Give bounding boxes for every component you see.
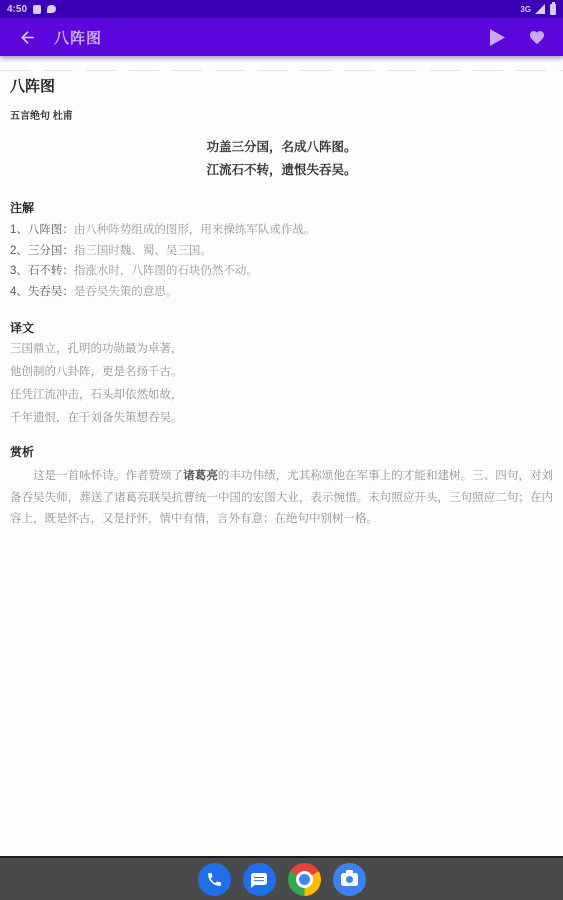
note-item: 4、失吞吴：是吞吴失策的意思。 bbox=[10, 282, 553, 303]
analysis-paragraph: 这是一首咏怀诗。作者赞颂了诸葛亮的丰功伟绩，尤其称颂他在军事上的才能和建树。三、… bbox=[10, 466, 553, 531]
note-term: 3、石不转： bbox=[10, 265, 74, 277]
android-screen: 4:50 3G 八阵图 八阵图 五言绝句 杜甫 功盖三分 bbox=[0, 0, 563, 900]
chat-bubble-icon bbox=[47, 5, 56, 13]
translation-list: 三国鼎立，孔明的功勋最为卓著， 他创制的八卦阵，更是名扬千古。 任凭江流冲击，石… bbox=[10, 338, 553, 430]
app-bar: 八阵图 bbox=[0, 18, 563, 56]
notes-heading: 注解 bbox=[10, 200, 553, 216]
note-term: 1、八阵图： bbox=[10, 224, 74, 236]
note-item: 2、三分国：指三国时魏、蜀、吴三国。 bbox=[10, 241, 553, 262]
note-desc: 由八种阵势组成的图形，用来操练军队或作战。 bbox=[74, 224, 316, 236]
sim-card-icon bbox=[33, 5, 41, 14]
back-arrow-icon[interactable] bbox=[16, 26, 38, 48]
translation-line: 千年遗恨，在于刘备失策想吞吴。 bbox=[10, 407, 553, 430]
camera-glyph bbox=[341, 873, 358, 886]
poem-line: 江流石不转，遗恨失吞吴。 bbox=[10, 159, 553, 182]
poem-byline: 五言绝句 杜甫 bbox=[10, 110, 553, 124]
note-desc: 指涨水时，八阵图的石块仍然不动。 bbox=[74, 265, 258, 277]
translation-heading: 译文 bbox=[10, 320, 553, 336]
signal-strength-icon bbox=[535, 4, 545, 14]
poem-body: 功盖三分国，名成八阵图。 江流石不转，遗恨失吞吴。 bbox=[10, 136, 553, 182]
network-type-label: 3G bbox=[520, 5, 531, 14]
poem-title: 八阵图 bbox=[10, 78, 553, 96]
app-bar-title: 八阵图 bbox=[54, 27, 102, 48]
poem-line: 功盖三分国，名成八阵图。 bbox=[10, 136, 553, 159]
dock-bar bbox=[0, 856, 563, 900]
note-term: 2、三分国： bbox=[10, 245, 74, 257]
translation-line: 任凭江流冲击，石头却依然如故， bbox=[10, 384, 553, 407]
message-bubble-glyph bbox=[251, 873, 267, 885]
note-item: 3、石不转：指涨水时，八阵图的石块仍然不动。 bbox=[10, 261, 553, 282]
clock-label: 4:50 bbox=[7, 4, 27, 15]
translation-line: 他创制的八卦阵，更是名扬千古。 bbox=[10, 361, 553, 384]
camera-app-icon[interactable] bbox=[333, 863, 366, 896]
note-desc: 指三国时魏、蜀、吴三国。 bbox=[74, 245, 212, 257]
favorite-heart-icon[interactable] bbox=[527, 27, 547, 47]
translation-line: 三国鼎立，孔明的功勋最为卓著， bbox=[10, 338, 553, 361]
analysis-heading: 赏析 bbox=[10, 444, 553, 460]
note-term: 4、失吞吴： bbox=[10, 286, 74, 298]
messages-app-icon[interactable] bbox=[243, 863, 276, 896]
article-content[interactable]: 八阵图 五言绝句 杜甫 功盖三分国，名成八阵图。 江流石不转，遗恨失吞吴。 注解… bbox=[0, 56, 563, 856]
status-bar: 4:50 3G bbox=[0, 0, 563, 18]
analysis-highlight: 诸葛亮 bbox=[183, 470, 218, 482]
phone-app-icon[interactable] bbox=[198, 863, 231, 896]
analysis-text-lead: 这是一首咏怀诗。作者赞颂了 bbox=[33, 470, 183, 482]
chrome-app-icon[interactable] bbox=[288, 863, 321, 896]
note-desc: 是吞吴失策的意思。 bbox=[74, 286, 178, 298]
battery-icon bbox=[550, 4, 556, 15]
dashed-divider bbox=[0, 70, 563, 71]
play-icon[interactable] bbox=[487, 27, 507, 47]
notes-list: 1、八阵图：由八种阵势组成的图形，用来操练军队或作战。 2、三分国：指三国时魏、… bbox=[10, 220, 553, 302]
note-item: 1、八阵图：由八种阵势组成的图形，用来操练军队或作战。 bbox=[10, 220, 553, 241]
